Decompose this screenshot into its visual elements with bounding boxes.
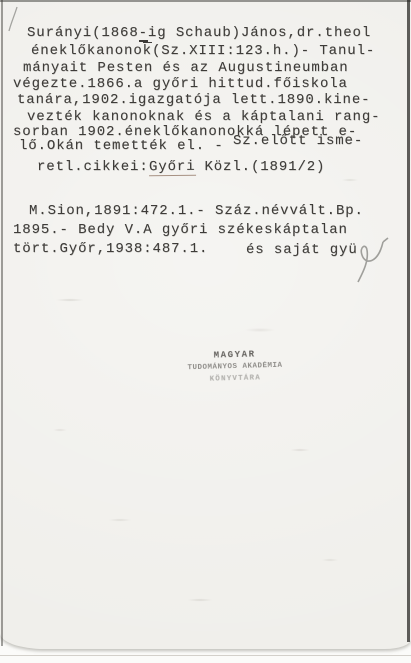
text-line: tört.Győr,1938:487.1. <box>13 242 208 257</box>
text-line: vezték kanonoknak és a káptalani rang- <box>27 110 380 125</box>
scan-edge-left <box>1 0 3 646</box>
text-line: végezte.1866.a győri hittud.főiskola <box>13 77 348 92</box>
text-line: mányait Pesten és az Augustineumban <box>23 61 349 76</box>
text-line: 1895.- Bedy V.A győri székeskáptalan <box>13 223 348 238</box>
text-line: éneklőkanonok(Sz.XIII:123.h.)- Tanul- <box>31 44 375 59</box>
text-segment: (Sz.XIII:123.h.)- Tanul- <box>152 43 375 59</box>
scan-edge-top <box>0 0 411 2</box>
text-segment: Közl.(1891/2) <box>195 159 325 175</box>
pencil-underlined-word: Győri <box>149 160 196 176</box>
text-line: M.Sion,1891:472.1.- Száz.névvált.Bp. <box>29 204 364 219</box>
text-line: retl.cikkei:Győri Közl.(1891/2) <box>37 160 325 176</box>
library-stamp: MAGYAR TUDOMÁNYOS AKADÉMIA KÖNYVTÁRA <box>150 347 321 387</box>
text-segment: retl.cikkei: <box>37 159 149 175</box>
raised-text-segment: Sz.előtt isme- <box>233 133 363 149</box>
text-line: tanára,1902.igazgatója lett.1890.kine- <box>17 93 370 108</box>
text-line: Surányi(1868-ig Schaub)János,dr.theol <box>27 26 371 41</box>
overstruck-letter: k <box>143 42 152 59</box>
card-paper: Surányi(1868-ig Schaub)János,dr.theol én… <box>0 0 411 649</box>
text-line: lő.Okán temették el. - Sz.előtt isme- <box>19 139 363 154</box>
scanner-background-line <box>0 655 411 656</box>
text-segment: éneklőkanono <box>31 43 143 59</box>
scanned-catalog-card-page: { "document": { "type": "typewritten-cat… <box>0 0 411 663</box>
pencil-squiggle <box>352 234 396 288</box>
scan-edge-right <box>407 0 410 642</box>
pencil-mark-top-left <box>5 5 21 33</box>
text-line: és saját gyü <box>246 243 358 258</box>
text-segment: lő.Okán temették el. - <box>19 138 233 154</box>
